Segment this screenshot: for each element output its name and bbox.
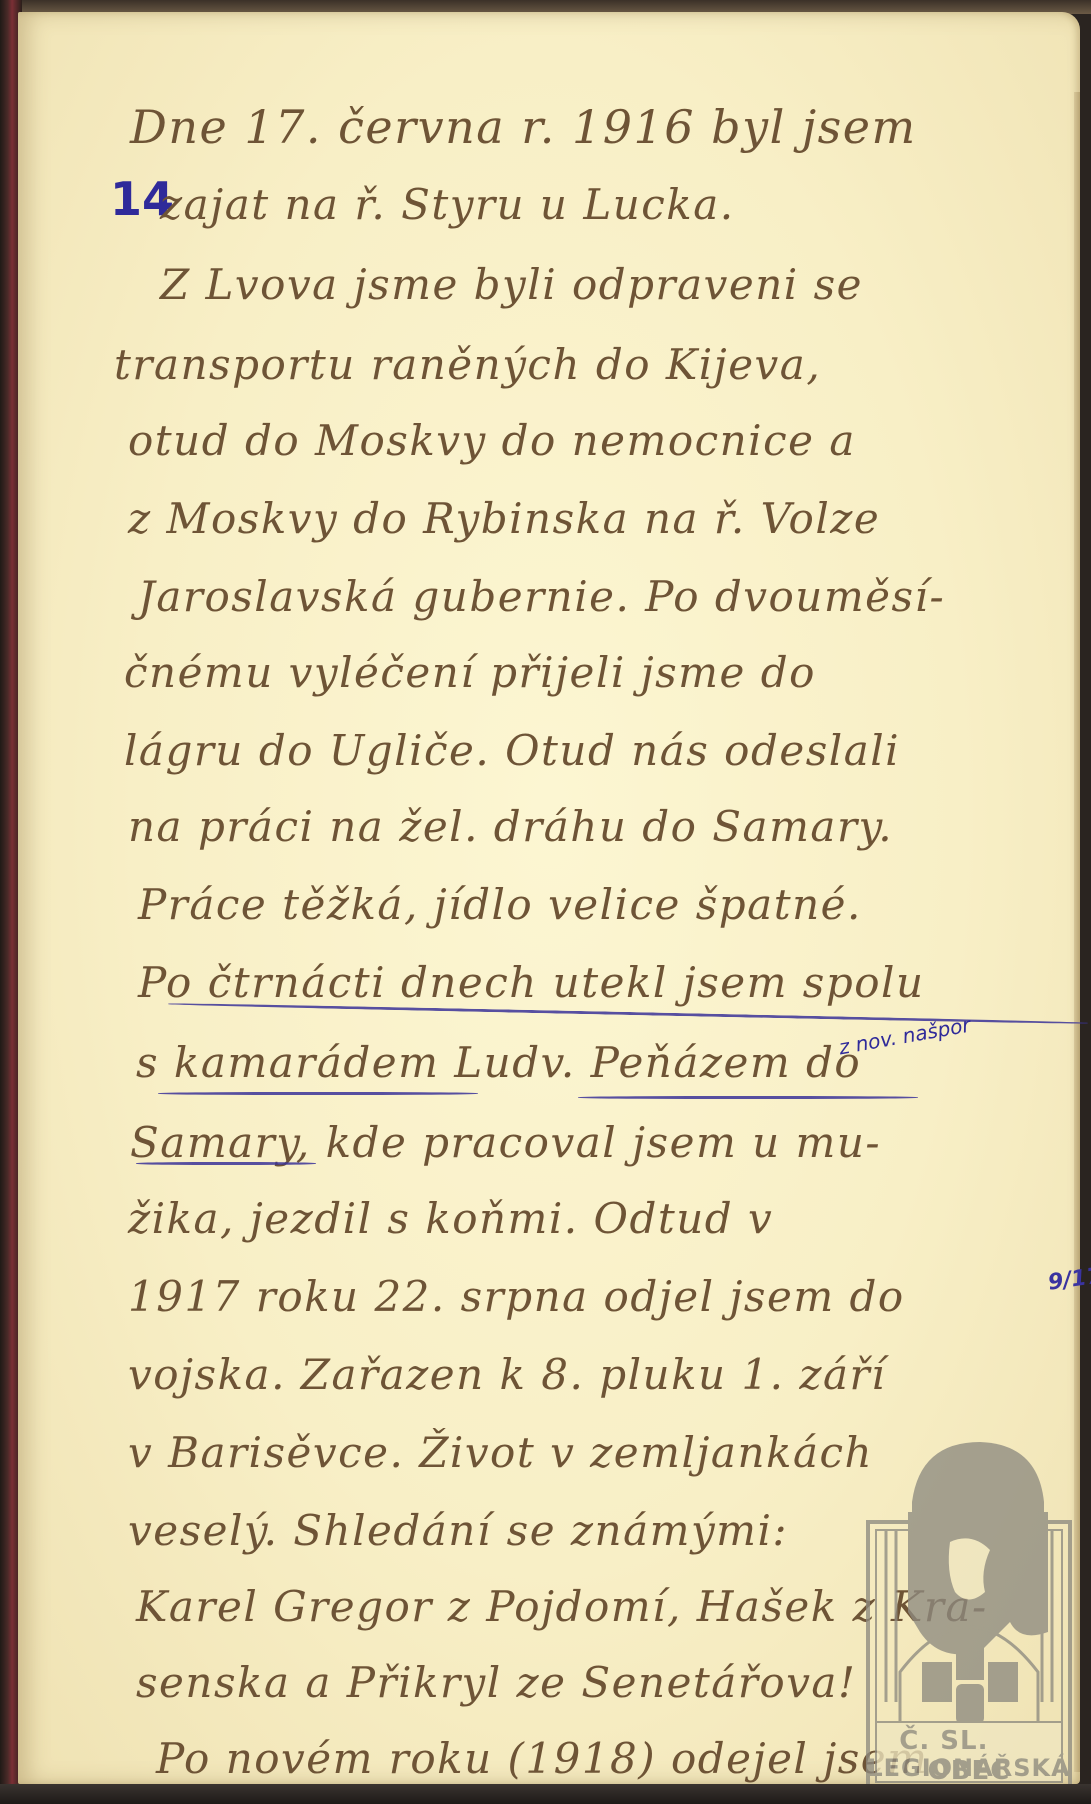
text-line: veselý. Shledání se známými:	[128, 1510, 788, 1552]
book-bottom-edge	[0, 1784, 1091, 1804]
text-line: Práce těžká, jídlo velice špatné.	[138, 884, 862, 926]
text-line: Z Lvova jsme byli odpraveni se	[160, 264, 863, 306]
text-line: 1917 roku 22. srpna odjel jsem do	[128, 1276, 905, 1318]
blue-margin-date: 9/17	[1047, 1263, 1091, 1295]
text-line: zajat na ř. Styru u Lucka.	[160, 184, 735, 226]
text-line: Dne 17. června r. 1916 byl jsem	[130, 104, 917, 150]
text-line: Samary, kde pracoval jsem u mu-	[130, 1122, 881, 1164]
text-line: na práci na žel. dráhu do Samary.	[128, 806, 893, 848]
legion-stamp: Č. SL. OBEC LEGIONÁŘSKÁ	[860, 1432, 1078, 1792]
text-line: Po novém roku (1918) odejel jsem	[156, 1738, 928, 1780]
text-line: transportu raněných do Kijeva,	[114, 344, 821, 386]
diary-page: 14 Dne 17. června r. 1916 byl jsem zajat…	[18, 12, 1080, 1784]
stamp-text-legionarska: LEGIONÁŘSKÁ	[860, 1754, 1078, 1782]
blue-underline	[578, 1096, 918, 1099]
text-line: Jaroslavská gubernie. Po dvouměsí-	[138, 576, 945, 618]
text-line: otud do Moskvy do nemocnice a	[128, 420, 856, 462]
text-line: senska a Přikryl ze Senetářova!	[136, 1662, 856, 1704]
text-line: žika, jezdil s koňmi. Odtud v	[128, 1198, 773, 1240]
text-line: Po čtrnácti dnech utekl jsem spolu	[138, 962, 925, 1004]
text-line: vojska. Zařazen k 8. pluku 1. září	[128, 1354, 886, 1396]
text-line: lágru do Ugliče. Otud nás odeslali	[124, 730, 900, 772]
text-line: čnému vyléčení přijeli jsme do	[124, 652, 816, 694]
blue-underline	[158, 1092, 478, 1095]
text-line: v Barisěvce. Život v zemljankách	[128, 1432, 873, 1474]
stamp-text-csl: Č. SL.	[899, 1726, 988, 1756]
blue-underline	[136, 1162, 316, 1165]
text-line: s kamarádem Ludv. Peňázem do	[136, 1042, 861, 1084]
text-line: z Moskvy do Rybinska na ř. Volze	[128, 498, 880, 540]
